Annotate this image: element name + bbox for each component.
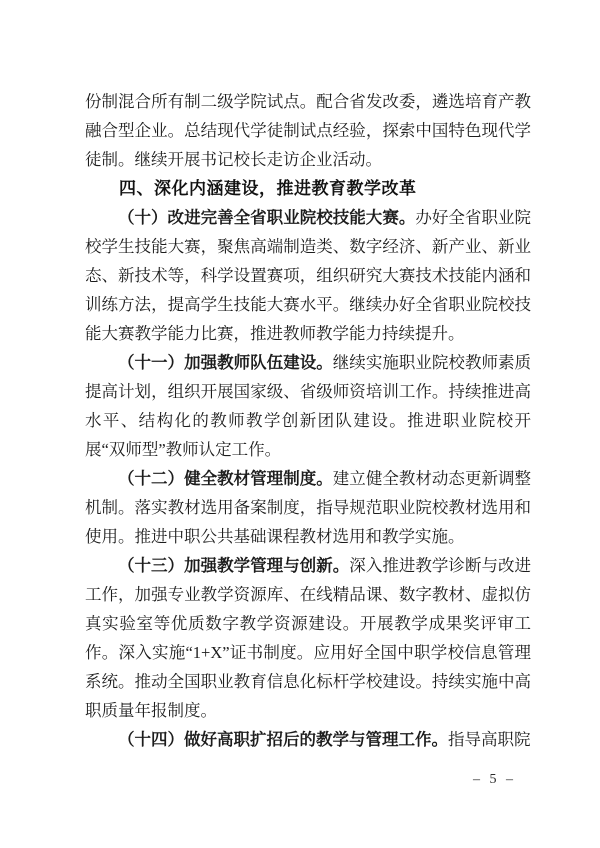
page-number: – 5 – <box>473 770 516 790</box>
document-body: 份制混合所有制二级学院试点。配合省发改委，遴选培育产教融合型企业。总结现代学徒制… <box>85 87 531 754</box>
paragraph-lead: （十一）加强教师队伍建设。 <box>118 353 333 372</box>
paragraph-lead: （十四）做好高职扩招后的教学与管理工作。 <box>118 730 448 749</box>
paragraph-item-10: （十）改进完善全省职业院校技能大赛。办好全省职业院校学生技能大赛，聚焦高端制造类… <box>85 203 531 348</box>
paragraph-text: 指导高职院 <box>448 730 531 749</box>
paragraph-text: 份制混合所有制二级学院试点。配合省发改委，遴选培育产教融合型企业。总结现代学徒制… <box>85 92 531 169</box>
paragraph-item-13: （十三）加强教学管理与创新。深入推进教学诊断与改进工作，加强专业教学资源库、在线… <box>85 551 531 725</box>
document-page: 份制混合所有制二级学院试点。配合省发改委，遴选培育产教融合型企业。总结现代学徒制… <box>0 0 600 848</box>
paragraph-lead: （十二）健全教材管理制度。 <box>118 469 333 488</box>
paragraph-continuation: 份制混合所有制二级学院试点。配合省发改委，遴选培育产教融合型企业。总结现代学徒制… <box>85 87 531 174</box>
paragraph-lead: （十三）加强教学管理与创新。 <box>118 556 349 575</box>
paragraph-item-11: （十一）加强教师队伍建设。继续实施职业院校教师素质提高计划，组织开展国家级、省级… <box>85 348 531 464</box>
paragraph-item-14: （十四）做好高职扩招后的教学与管理工作。指导高职院 <box>85 725 531 754</box>
paragraph-text: 办好全省职业院校学生技能大赛，聚焦高端制造类、数字经济、新产业、新业态、新技术等… <box>85 208 531 343</box>
paragraph-lead: （十）改进完善全省职业院校技能大赛。 <box>118 208 415 227</box>
paragraph-item-12: （十二）健全教材管理制度。建立健全教材动态更新调整机制。落实教材选用备案制度，指… <box>85 464 531 551</box>
paragraph-text: 深入推进教学诊断与改进工作，加强专业教学资源库、在线精品课、数字教材、虚拟仿真实… <box>85 556 531 720</box>
section-heading: 四、深化内涵建设，推进教育教学改革 <box>85 174 531 203</box>
